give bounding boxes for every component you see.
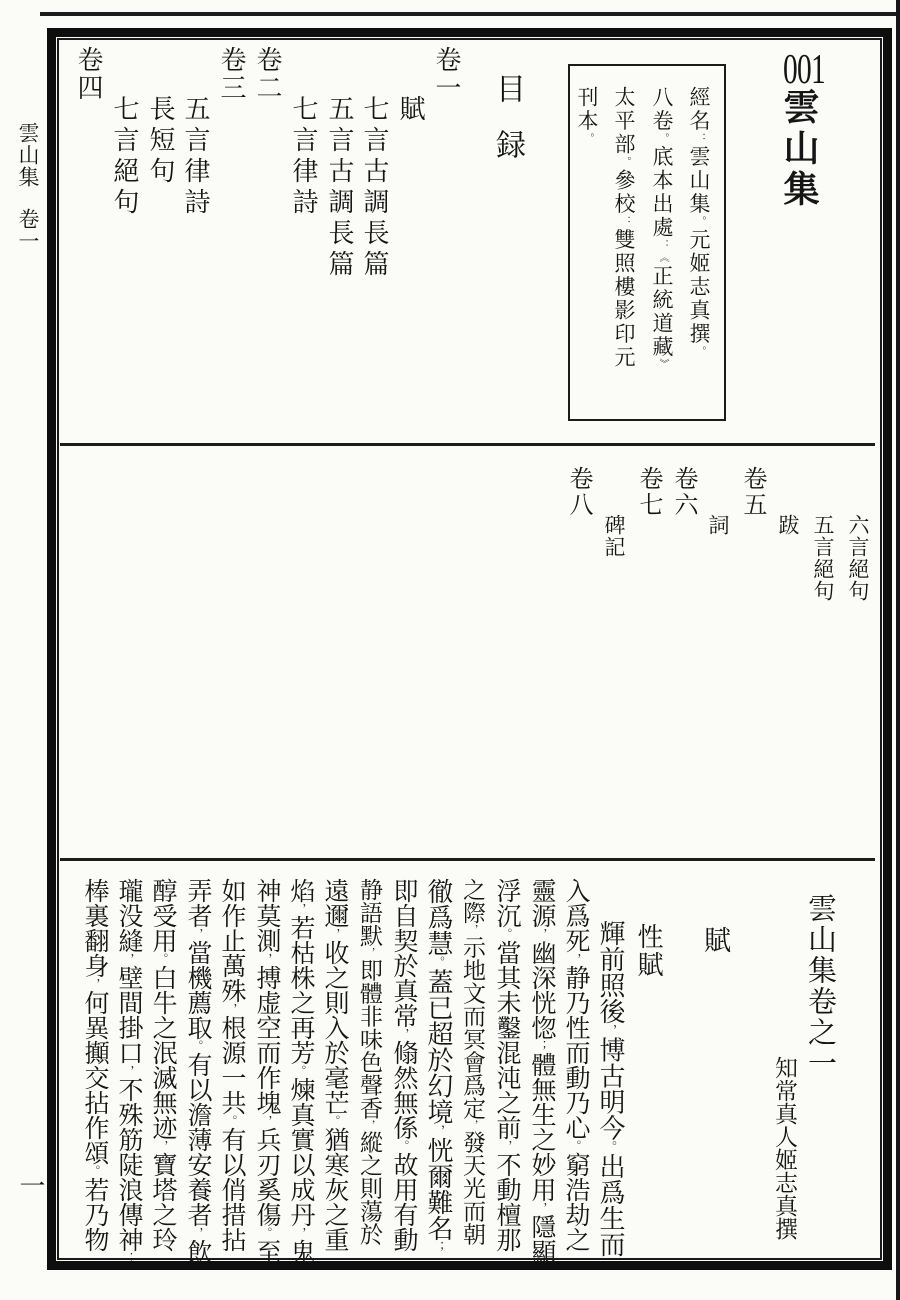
prose-column: 醇受用。白牛之泯滅無迹，寶塔之玲 [150,878,175,1252]
prose-column: 静語默，即體非味色聲香，縱之則蕩於 [358,878,381,1245]
toc-item-label: 七言古調長篇 [361,95,387,281]
toc-item-label: 賦 [397,95,423,126]
toc-item-label: 五言古調長篇 [326,95,352,281]
section-divider-bottom [60,858,875,861]
scan-top-edge-line [40,12,896,16]
book-title: 雲山集 [781,88,817,211]
chapter-title: 雲山集卷之一 [805,893,834,1079]
toc-item-label: 六言絕句 [847,514,868,602]
piece-title: 性賦 [635,923,661,979]
toc-volume-label: 卷五 [740,466,764,518]
margin-book-title: 雲山集 [17,122,38,188]
prose-column: 之際，示地文而冥會爲定，發天光而朝 [461,878,484,1245]
colophon-line: 八卷。底本出處：《正統道藏》 [651,86,672,371]
colophon-line: 刊本。 [576,86,597,146]
colophon-line: 經名：雲山集。元姬志真撰。 [688,86,709,359]
toc-volume-label: 卷八 [566,466,590,518]
prose-column: 即自契於真常，翛然無係。故用有動 [391,878,416,1252]
prose-column: 徹爲慧。蓋已超於幻境，恍爾難名； [425,878,451,1253]
toc-item-label: 詞 [707,514,728,536]
section-header-fu: 賦 [701,926,728,953]
colophon-line: 太平部。參校：雙照樓影印元 [613,86,634,370]
prose-column: 靈源，幽深恍惚；體無生之妙用，隱顯 [529,878,554,1264]
toc-volume-label: 卷六 [671,466,695,518]
toc-volume-label: 卷七 [636,466,660,518]
toc-item-label: 五言絕句 [812,514,833,602]
prose-column: 神莫測，搏虚空而作塊，兵刃奚傷。至 [254,878,279,1264]
author-attribution: 知常真人姬志真撰 [773,1056,796,1240]
book-page: 001 雲山集 目録 雲山集 卷一 一 雲山集卷之一 知常真人姬志真撰 賦 性賦… [0,0,900,1300]
toc-item-label: 長短句 [147,95,173,188]
document-number: 001 [783,46,825,94]
toc-title: 目録 [492,73,522,185]
toc-item-label: 跋 [777,514,798,536]
toc-volume-label: 卷二 [254,46,280,102]
toc-item-label: 碑記 [603,514,624,558]
section-divider-top [60,443,875,446]
toc-item-label: 七言絕句 [111,95,137,219]
prose-column: 瓏没縫，壁間掛口，不殊筋陡浪傳神； [116,878,141,1264]
toc-volume-label: 卷一 [433,46,459,102]
prose-column: 焰，若枯株之再芳。煉真實以成丹，鬼 [288,878,313,1264]
prose-column: 弄者，當機薦取。有以澹薄安養者，飲 [185,878,210,1264]
scan-right-edge-strip [896,0,900,1300]
toc-item-label: 五言律詩 [182,95,208,219]
prose-column: 遠邇，收之則入於毫芒。猶寒灰之重 [322,878,347,1252]
margin-volume-label: 卷一 [17,208,38,252]
prose-column: 如作止萬殊，根源一共。有以俏措拈 [219,878,244,1252]
folio-number: 一 [17,1172,43,1198]
prose-column: 輝前照後，博古明今。出爲生而 [597,920,623,1257]
prose-column: 入爲死，静乃性而動乃心。窮浩劫之 [563,878,588,1252]
prose-column: 棒裏翻身，何異攧交拈作頌。若乃物 [82,878,107,1252]
toc-volume-label: 卷四 [75,46,101,102]
prose-column: 浮沉。當其未鑿混沌之前，不動檀那 [494,878,519,1252]
toc-volume-label: 卷三 [218,46,244,102]
toc-item-label: 七言律詩 [290,95,316,219]
